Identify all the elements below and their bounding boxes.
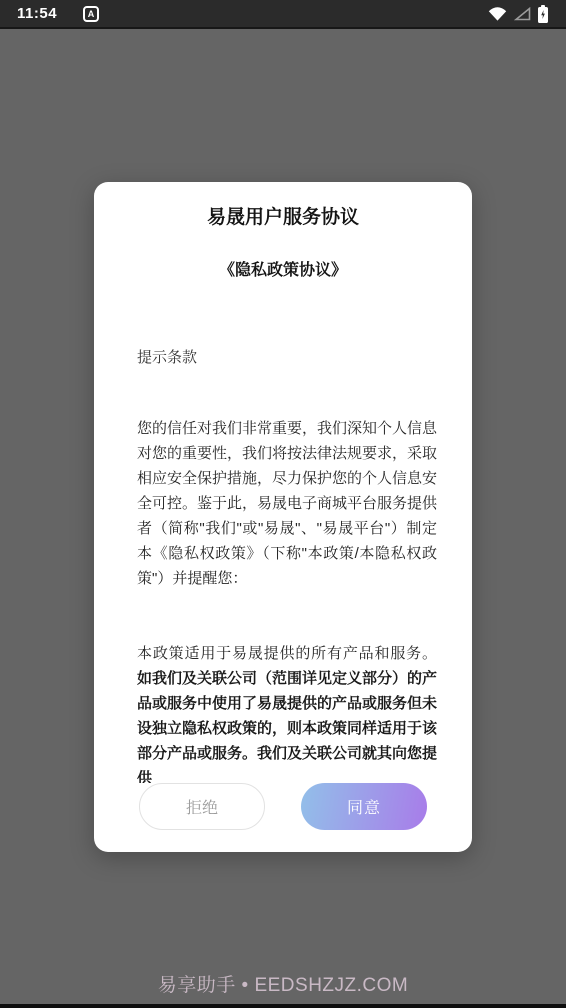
- screen: 11:54 A 易晟用户服务协议 《隐私政策协议》 提示条款: [0, 0, 566, 1008]
- section-heading: 提示条款: [137, 347, 437, 369]
- wifi-icon: [488, 6, 507, 21]
- cellular-signal-icon: [514, 7, 531, 21]
- ime-a-letter: A: [88, 9, 95, 19]
- privacy-policy-dialog: 易晟用户服务协议 《隐私政策协议》 提示条款 您的信任对我们非常重要，我们深知个…: [94, 182, 472, 852]
- app-watermark: 易享助手 • EEDSHZJZ.COM: [0, 970, 566, 997]
- agree-button[interactable]: 同意: [301, 783, 427, 830]
- dialog-button-row: 拒绝 同意: [139, 783, 427, 830]
- ime-a-icon: A: [83, 6, 99, 22]
- reject-button[interactable]: 拒绝: [139, 783, 265, 830]
- status-icons: [488, 5, 548, 23]
- clock: 11:54: [17, 5, 57, 22]
- policy-paragraph-2: 本政策适用于易晟提供的所有产品和服务。如我们及关联公司（范围详见定义部分）的产品…: [137, 641, 437, 783]
- policy-paragraph-2-bold: 如我们及关联公司（范围详见定义部分）的产品或服务中使用了易晟提供的产品或服务但未…: [137, 670, 437, 783]
- battery-charging-icon: [538, 5, 548, 23]
- dialog-title: 易晟用户服务协议: [94, 205, 472, 231]
- policy-paragraph-1: 您的信任对我们非常重要，我们深知个人信息对您的重要性，我们将按法律法规要求，采取…: [137, 416, 437, 591]
- dim-overlay: 易晟用户服务协议 《隐私政策协议》 提示条款 您的信任对我们非常重要，我们深知个…: [0, 29, 566, 1008]
- dialog-subtitle: 《隐私政策协议》: [94, 260, 472, 282]
- policy-paragraph-2-regular: 本政策适用于易晟提供的所有产品和服务。: [137, 645, 437, 662]
- screen-bottom-edge: [0, 1004, 566, 1008]
- policy-scroll-area[interactable]: 提示条款 您的信任对我们非常重要，我们深知个人信息对您的重要性，我们将按法律法规…: [94, 282, 472, 783]
- status-bar: 11:54 A: [0, 0, 566, 29]
